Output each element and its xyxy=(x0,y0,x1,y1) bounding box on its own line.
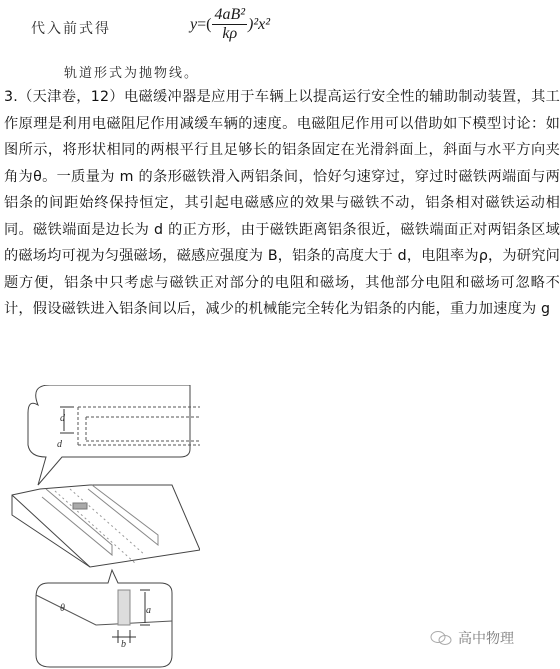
formula-label: 代入前式得 xyxy=(31,18,111,38)
formula: y =( 4aB² kρ )²x² xyxy=(190,6,270,43)
incline-magnet-figure: d d θ a b xyxy=(0,385,200,669)
watermark: 高中物理 xyxy=(430,628,514,648)
problem-text: 3.（天津卷，12）电磁缓冲器是应用于车辆上以提高运行安全性的辅助制动装置，其工… xyxy=(4,84,560,323)
label-d-width: d xyxy=(57,439,63,450)
formula-numerator: 4aB² xyxy=(212,6,247,25)
formula-row: 代入前式得 y =( 4aB² kρ )²x² xyxy=(0,0,560,58)
label-theta: θ xyxy=(60,603,65,614)
wechat-icon xyxy=(430,630,452,646)
formula-close: )²x² xyxy=(248,16,270,34)
label-d-height: d xyxy=(60,413,66,424)
formula-fraction: 4aB² kρ xyxy=(212,6,247,43)
formula-denominator: kρ xyxy=(222,25,237,43)
watermark-text: 高中物理 xyxy=(458,628,514,648)
formula-equals: =( xyxy=(197,16,211,34)
formula-lhs: y xyxy=(190,16,197,34)
label-b: b xyxy=(121,639,126,650)
conclusion-text: 轨道形式为抛物线。 xyxy=(64,62,199,81)
label-a: a xyxy=(146,605,151,616)
